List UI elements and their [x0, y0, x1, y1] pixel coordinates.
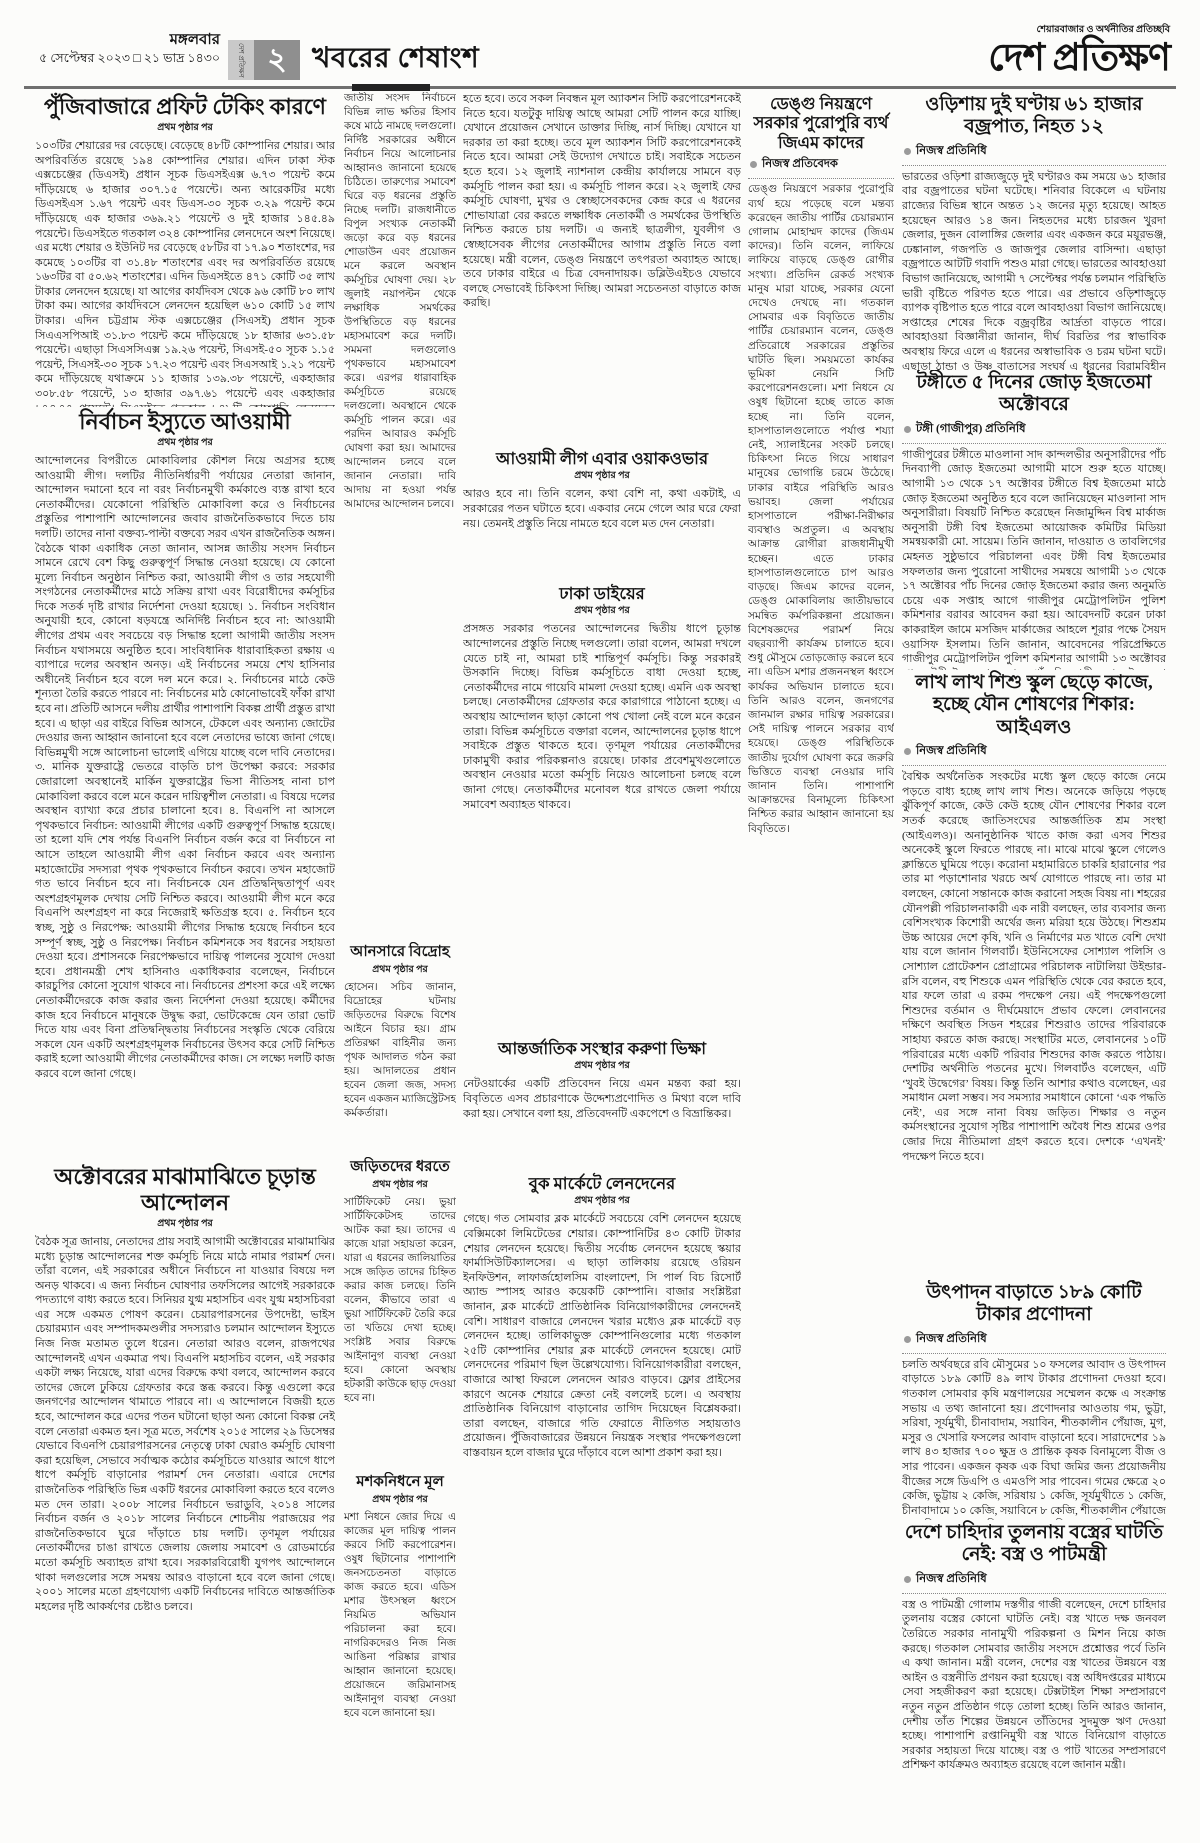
article-headline: ওড়িশায় দুই ঘণ্টায় ৬১ হাজার বজ্রপাত, ন… — [902, 94, 1166, 139]
article-body: আরও হবে না। তিনি বলেন, কথা বেশি না, কথা … — [463, 487, 741, 531]
article-body: ডেঙ্গু নিয়ন্ত্রণে সরকার পুরোপুরি ব্যর্থ… — [748, 183, 894, 836]
byline-text: নিজস্ব প্রতিনিধি — [916, 142, 987, 161]
article: ডেঙ্গু নিয়ন্ত্রণে সরকার পুরোপুরি ব্যর্থ… — [748, 92, 894, 1828]
article-body: আন্দোলনের বিপরীতে মোকাবিলার কৌশল নিয়ে অ… — [35, 454, 335, 1082]
page-number: ২ — [254, 40, 300, 80]
article-body: ১০৩টির শেয়ারের দর বেড়েছে। বেড়েছে ৪৮টি… — [35, 139, 335, 407]
byline-dotted-rule — [902, 764, 1166, 766]
article-headline: মশকনিধনে মূল — [344, 1474, 456, 1492]
page-number-badge: দেশ প্রতিক্ষণ ২ — [228, 40, 300, 80]
article-body: হোসেন। সচিব জানান, বিদ্রোহের ঘটনায় জড়ি… — [344, 981, 456, 1121]
article: নির্বাচন ইস্যুতে আওয়ামীপ্রথম পৃষ্ঠার পর… — [35, 407, 335, 1162]
article-body: বৈশ্বিক অর্থনৈতিক সংকটের মধ্যে স্কুল ছেড… — [902, 770, 1166, 1164]
column-right-wide: ওড়িশায় দুই ঘণ্টায় ৬১ হাজার বজ্রপাত, ন… — [902, 92, 1166, 1828]
article-headline: জড়িতদের ধরতে — [344, 1159, 456, 1177]
byline-dotted-rule — [902, 1352, 1166, 1354]
article-headline: ডেঙ্গু নিয়ন্ত্রণে সরকার পুরোপুরি ব্যর্থ… — [748, 94, 894, 152]
article-headline: আনসারে বিদ্রোহ — [344, 944, 456, 962]
masthead-title: দেশ প্রতিক্ষণ — [988, 39, 1170, 77]
byline: নিজস্ব প্রতিবেদক — [750, 155, 894, 174]
article-body: চলতি অর্থবছরে রবি মৌসুমের ১০ ফসলের আবাদ … — [902, 1358, 1166, 1520]
continued-from-page1-label: প্রথম পৃষ্ঠার পর — [35, 121, 335, 136]
continued-from-page1-label: প্রথম পৃষ্ঠার পর — [463, 1059, 741, 1074]
article-headline: আন্তর্জাতিক সংস্থার করুণা ভিক্ষা — [463, 1039, 741, 1058]
byline-text: নিজস্ব প্রতিবেদক — [762, 155, 838, 174]
byline-bullet-icon — [904, 426, 911, 433]
article-body: বৈঠক সূত্র জানায়, নেতাদের প্রায় সবাই আ… — [35, 1235, 335, 1614]
article-headline: পুঁজিবাজারে প্রফিট টেকিং কারণে — [35, 94, 335, 120]
byline-dotted-rule — [902, 164, 1166, 166]
article-headline: নির্বাচন ইস্যুতে আওয়ামী — [35, 409, 335, 435]
byline-dotted-rule — [902, 442, 1166, 444]
article: পুঁজিবাজারে প্রফিট টেকিং কারণেপ্রথম পৃষ্… — [35, 92, 335, 407]
header-rule — [24, 86, 1176, 89]
byline-text: নিজস্ব প্রতিনিধি — [916, 1330, 987, 1349]
byline-dotted-rule — [748, 177, 894, 179]
column-dengue: ডেঙ্গু নিয়ন্ত্রণে সরকার পুরোপুরি ব্যর্থ… — [748, 92, 894, 1828]
byline-text: টঙ্গী (গাজীপুর) প্রতিনিধি — [916, 420, 1026, 439]
article: দেশে চাহিদার তুলনায় বস্ত্রের ঘাটতি নেই:… — [902, 1520, 1166, 1828]
section-title: খবরের শেষাংশ — [312, 36, 479, 83]
article-headline: আওয়ামী লীগ এবার ওয়াকওভার — [463, 449, 741, 468]
article: জাতীয় সংসদ নির্বাচনে বিভিন্ন লাভ ক্ষতির… — [344, 92, 456, 942]
article-body: প্রসঙ্গত সরকার পতনের আন্দোলনের দ্বিতীয় … — [463, 622, 741, 812]
article-body: সার্টিফিকেট নেয়। ভুয়া সার্টিফিকেটসহ তা… — [344, 1196, 456, 1406]
masthead: শেয়ারবাজার ও অর্থনীতির প্রতিচ্ছবি দেশ প… — [988, 26, 1170, 77]
continued-from-page1-label: প্রথম পৃষ্ঠার পর — [463, 469, 741, 484]
article-body: বস্ত্র ও পাটমন্ত্রী গোলাম দস্তগীর গাজী ব… — [902, 1598, 1166, 1773]
masthead-tagline: শেয়ারবাজার ও অর্থনীতির প্রতিচ্ছবি — [988, 26, 1170, 36]
continued-from-page1-label: প্রথম পৃষ্ঠার পর — [344, 1178, 456, 1193]
article-body: গাজীপুরের টঙ্গীতে মাওলানা সাদ কান্দলভীর … — [902, 448, 1166, 670]
byline-bullet-icon — [904, 1336, 911, 1343]
article: আনসারে বিদ্রোহপ্রথম পৃষ্ঠার পরহোসেন। সচি… — [344, 942, 456, 1157]
header-rule-accent — [352, 84, 430, 91]
newspaper-page: মঙ্গলবার ৫ সেপ্টেম্বর ২০২৩ □ ২১ ভাদ্র ১৪… — [0, 0, 1200, 1843]
byline-bullet-icon — [904, 1576, 911, 1583]
byline-text: নিজস্ব প্রতিনিধি — [916, 1570, 987, 1589]
article-headline: ঢাকা ডাইয়ের — [463, 584, 741, 603]
article: উৎপাদন বাড়াতে ১৮৯ কোটি টাকার প্রণোদনানি… — [902, 1280, 1166, 1520]
column-middle-wide: হতে হবে। তবে সকল নিবন্ধন মূল অ্যাকশন সিট… — [463, 92, 741, 1828]
byline-bullet-icon — [904, 148, 911, 155]
column-left-wide: পুঁজিবাজারে প্রফিট টেকিং কারণেপ্রথম পৃষ্… — [35, 92, 335, 1828]
article-headline: লাখ লাখ শিশু স্কুল ছেড়ে কাজে, হচ্ছে যৌন… — [902, 672, 1166, 739]
article: বুক মার্কেটে লেনদেনেরপ্রথম পৃষ্ঠার পরগেছ… — [463, 1172, 741, 1828]
date-line: ৫ সেপ্টেম্বর ২০২৩ □ ২১ ভাদ্র ১৪৩০ — [39, 50, 220, 67]
page-header: মঙ্গলবার ৫ সেপ্টেম্বর ২০২৩ □ ২১ ভাদ্র ১৪… — [0, 0, 1200, 88]
byline: নিজস্ব প্রতিনিধি — [904, 742, 1166, 761]
article-body: ভারতের ওড়িশা রাজ্যজুড়ে দুই ঘণ্টারও কম … — [902, 170, 1166, 370]
continued-from-page1-label: প্রথম পৃষ্ঠার পর — [35, 1217, 335, 1232]
byline: নিজস্ব প্রতিনিধি — [904, 1330, 1166, 1349]
article: হতে হবে। তবে সকল নিবন্ধন মূল অ্যাকশন সিট… — [463, 92, 741, 447]
article: টঙ্গীতে ৫ দিনের জোড় ইজতেমা অক্টোবরেটঙ্গ… — [902, 370, 1166, 670]
continued-from-page1-label: প্রথম পৃষ্ঠার পর — [344, 963, 456, 978]
article: অক্টোবরের মাঝামাঝিতে চূড়ান্ত আন্দোলনপ্র… — [35, 1162, 335, 1828]
date-block: মঙ্গলবার ৫ সেপ্টেম্বর ২০২৩ □ ২১ ভাদ্র ১৪… — [39, 30, 220, 67]
continued-from-page1-label: প্রথম পৃষ্ঠার পর — [463, 604, 741, 619]
article: ওড়িশায় দুই ঘণ্টায় ৬১ হাজার বজ্রপাত, ন… — [902, 92, 1166, 370]
continued-from-page1-label: প্রথম পৃষ্ঠার পর — [463, 1194, 741, 1209]
byline: নিজস্ব প্রতিনিধি — [904, 142, 1166, 161]
byline-dotted-rule — [902, 1592, 1166, 1594]
article-body: মশা নিধনে জোর দিয়ে এ কাজের মূল দায়িত্ব… — [344, 1511, 456, 1721]
article-headline: অক্টোবরের মাঝামাঝিতে চূড়ান্ত আন্দোলন — [35, 1164, 335, 1216]
article-body: জাতীয় সংসদ নির্বাচনে বিভিন্ন লাভ ক্ষতির… — [344, 92, 456, 512]
continued-from-page1-label: প্রথম পৃষ্ঠার পর — [35, 436, 335, 451]
article-headline: টঙ্গীতে ৫ দিনের জোড় ইজতেমা অক্টোবরে — [902, 372, 1166, 417]
byline: নিজস্ব প্রতিনিধি — [904, 1570, 1166, 1589]
byline-bullet-icon — [904, 748, 911, 755]
article: আওয়ামী লীগ এবার ওয়াকওভারপ্রথম পৃষ্ঠার … — [463, 447, 741, 582]
article: আন্তর্জাতিক সংস্থার করুণা ভিক্ষাপ্রথম পৃ… — [463, 1037, 741, 1172]
article-body: হতে হবে। তবে সকল নিবন্ধন মূল অ্যাকশন সিট… — [463, 92, 741, 311]
article-body: গেছে। গত সোমবার ব্লক মার্কেটে সবচেয়ে বে… — [463, 1212, 741, 1460]
article: মশকনিধনে মূলপ্রথম পৃষ্ঠার পরমশা নিধনে জো… — [344, 1472, 456, 1828]
article-headline: দেশে চাহিদার তুলনায় বস্ত্রের ঘাটতি নেই:… — [902, 1522, 1166, 1567]
article: লাখ লাখ শিশু স্কুল ছেড়ে কাজে, হচ্ছে যৌন… — [902, 670, 1166, 1280]
article-headline: বুক মার্কেটে লেনদেনের — [463, 1174, 741, 1193]
byline: টঙ্গী (গাজীপুর) প্রতিনিধি — [904, 420, 1166, 439]
byline-bullet-icon — [750, 161, 757, 168]
byline-text: নিজস্ব প্রতিনিধি — [916, 742, 987, 761]
weekday-label: মঙ্গলবার — [39, 30, 220, 50]
article: ঢাকা ডাইয়েরপ্রথম পৃষ্ঠার পরপ্রসঙ্গত সরক… — [463, 582, 741, 1037]
column-narrow: জাতীয় সংসদ নির্বাচনে বিভিন্ন লাভ ক্ষতির… — [344, 92, 456, 1828]
continued-from-page1-label: প্রথম পৃষ্ঠার পর — [344, 1493, 456, 1508]
article-headline: উৎপাদন বাড়াতে ১৮৯ কোটি টাকার প্রণোদনা — [902, 1282, 1166, 1327]
article-body: নেটওয়ার্কের একটি প্রতিবেদন নিয়ে এমন মন… — [463, 1077, 741, 1121]
article: জড়িতদের ধরতেপ্রথম পৃষ্ঠার পরসার্টিফিকেট… — [344, 1157, 456, 1472]
newspaper-logo-mark-icon: দেশ প্রতিক্ষণ — [228, 40, 254, 80]
